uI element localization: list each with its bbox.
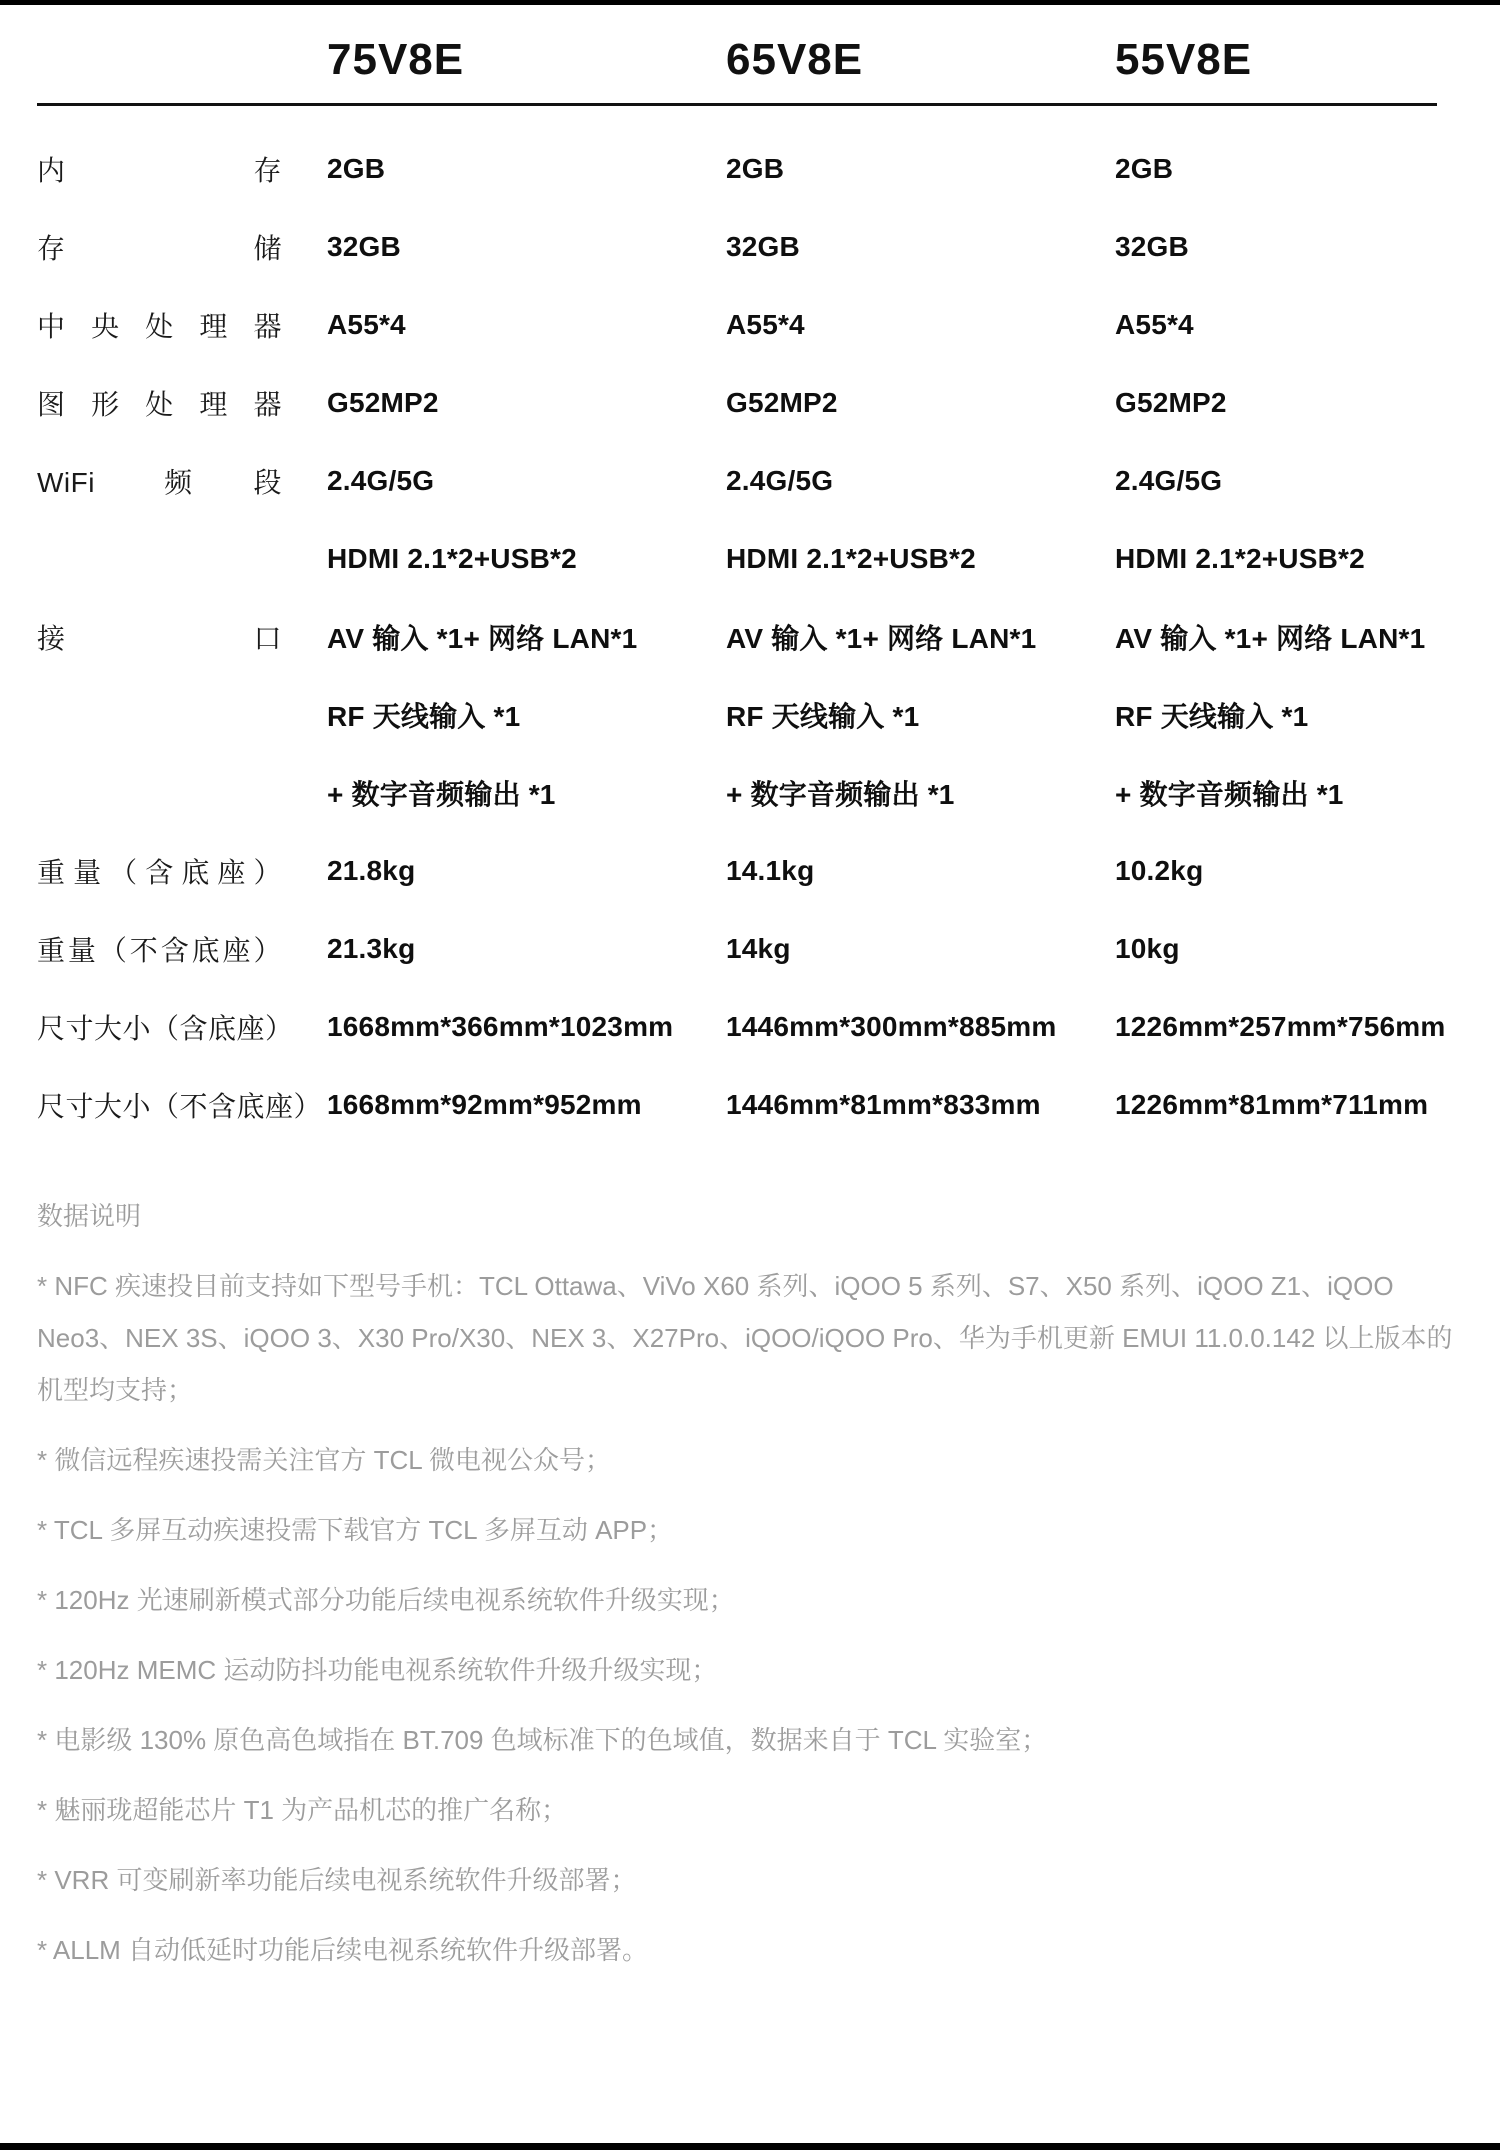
cell-value: 10kg (1115, 933, 1477, 965)
bottom-border-bar (0, 2143, 1500, 2150)
spec-row-size-without-stand: 尺寸大小（不含底座） 1668mm*92mm*952mm 1446mm*81mm… (37, 1066, 1477, 1144)
row-label: 尺寸大小（不含底座） (37, 1085, 282, 1125)
spec-row-memory: 内存 2GB 2GB 2GB (37, 130, 1477, 208)
spec-row-storage: 存储 32GB 32GB 32GB (37, 208, 1477, 286)
spec-table-body: 内存 2GB 2GB 2GB 存储 32GB 32GB 32GB 中央处理器 A… (37, 130, 1477, 1144)
cell-value: 2.4G/5G (327, 465, 726, 497)
cell-value: 32GB (327, 231, 726, 263)
cell-value: 32GB (726, 231, 1115, 263)
cell-value: 32GB (1115, 231, 1477, 263)
cell-value: 1226mm*257mm*756mm (1115, 1011, 1477, 1043)
tv-spec-sheet: 75V8E 65V8E 55V8E 内存 2GB 2GB 2GB 存储 32GB… (0, 0, 1500, 2150)
cell-value: RF 天线输入 *1 (327, 695, 726, 735)
cell-value: 2GB (1115, 153, 1477, 185)
cell-value: HDMI 2.1*2+USB*2 (1115, 543, 1477, 575)
cell-value: 1226mm*81mm*711mm (1115, 1089, 1477, 1121)
spec-row-ports-rf: RF 天线输入 *1 RF 天线输入 *1 RF 天线输入 *1 (37, 676, 1477, 754)
spec-row-ports-hdmi: HDMI 2.1*2+USB*2 HDMI 2.1*2+USB*2 HDMI 2… (37, 520, 1477, 598)
cell-value: 21.8kg (327, 855, 726, 887)
note-item-120hz-refresh: * 120Hz 光速刷新模式部分功能后续电视系统软件升级实现； (37, 1574, 1455, 1626)
cell-value: G52MP2 (327, 387, 726, 419)
cell-value: 2.4G/5G (1115, 465, 1477, 497)
cell-value: A55*4 (327, 309, 726, 341)
cell-value: G52MP2 (1115, 387, 1477, 419)
cell-value: + 数字音频输出 *1 (726, 773, 1115, 813)
row-label: 中央处理器 (37, 305, 282, 345)
column-header-55v8e: 55V8E (1115, 36, 1252, 84)
cell-value: + 数字音频输出 *1 (1115, 773, 1477, 813)
note-item-vrr: * VRR 可变刷新率功能后续电视系统软件升级部署； (37, 1854, 1455, 1906)
spec-row-gpu: 图形处理器 G52MP2 G52MP2 G52MP2 (37, 364, 1477, 442)
note-item-nfc: * NFC 疾速投目前支持如下型号手机：TCL Ottawa、ViVo X60 … (37, 1260, 1455, 1416)
top-border-bar (0, 0, 1500, 5)
spec-row-wifi: WiFi 频段 2.4G/5G 2.4G/5G 2.4G/5G (37, 442, 1477, 520)
notes-title: 数据说明 (37, 1190, 1455, 1242)
row-label: 接口 (37, 617, 282, 657)
cell-value: A55*4 (726, 309, 1115, 341)
cell-value: 2GB (726, 153, 1115, 185)
row-label: 图形处理器 (37, 383, 282, 423)
cell-value: 2.4G/5G (726, 465, 1115, 497)
cell-value: RF 天线输入 *1 (1115, 695, 1477, 735)
note-item-color-gamut: * 电影级 130% 原色高色域指在 BT.709 色域标准下的色域值，数据来自… (37, 1714, 1455, 1766)
cell-value: AV 输入 *1+ 网络 LAN*1 (327, 617, 726, 657)
spec-table-header: 75V8E 65V8E 55V8E (37, 36, 1252, 84)
cell-value: A55*4 (1115, 309, 1477, 341)
spec-row-size-with-stand: 尺寸大小（含底座） 1668mm*366mm*1023mm 1446mm*300… (37, 988, 1477, 1066)
row-label: 重量（含底座） (37, 851, 282, 891)
note-item-wechat-cast: * 微信远程疾速投需关注官方 TCL 微电视公众号； (37, 1434, 1455, 1486)
cell-value: RF 天线输入 *1 (726, 695, 1115, 735)
cell-value: 10.2kg (1115, 855, 1477, 887)
cell-value: G52MP2 (726, 387, 1115, 419)
column-header-65v8e: 65V8E (726, 36, 1115, 84)
row-label: WiFi 频段 (37, 461, 282, 501)
spec-row-ports-av: 接口 AV 输入 *1+ 网络 LAN*1 AV 输入 *1+ 网络 LAN*1… (37, 598, 1477, 676)
cell-value: 1668mm*92mm*952mm (327, 1089, 726, 1121)
header-divider (37, 103, 1437, 106)
cell-value: 21.3kg (327, 933, 726, 965)
cell-value: 1668mm*366mm*1023mm (327, 1011, 726, 1043)
header-label-spacer (37, 36, 327, 84)
row-label: 尺寸大小（含底座） (37, 1007, 282, 1047)
spec-row-cpu: 中央处理器 A55*4 A55*4 A55*4 (37, 286, 1477, 364)
cell-value: AV 输入 *1+ 网络 LAN*1 (726, 617, 1115, 657)
note-item-120hz-memc: * 120Hz MEMC 运动防抖功能电视系统软件升级升级实现； (37, 1644, 1455, 1696)
notes-section: 数据说明 * NFC 疾速投目前支持如下型号手机：TCL Ottawa、ViVo… (37, 1190, 1455, 1994)
spec-row-weight-with-stand: 重量（含底座） 21.8kg 14.1kg 10.2kg (37, 832, 1477, 910)
spec-row-ports-audio: + 数字音频输出 *1 + 数字音频输出 *1 + 数字音频输出 *1 (37, 754, 1477, 832)
cell-value: AV 输入 *1+ 网络 LAN*1 (1115, 617, 1477, 657)
note-item-allm: * ALLM 自动低延时功能后续电视系统软件升级部署。 (37, 1924, 1455, 1976)
row-label: 内存 (37, 149, 282, 189)
note-item-multiscreen-app: * TCL 多屏互动疾速投需下载官方 TCL 多屏互动 APP； (37, 1504, 1455, 1556)
cell-value: 2GB (327, 153, 726, 185)
cell-value: 14kg (726, 933, 1115, 965)
cell-value: 1446mm*81mm*833mm (726, 1089, 1115, 1121)
cell-value: 1446mm*300mm*885mm (726, 1011, 1115, 1043)
row-label: 重量（不含底座） (37, 929, 282, 969)
spec-row-weight-without-stand: 重量（不含底座） 21.3kg 14kg 10kg (37, 910, 1477, 988)
cell-value: + 数字音频输出 *1 (327, 773, 726, 813)
cell-value: HDMI 2.1*2+USB*2 (726, 543, 1115, 575)
cell-value: HDMI 2.1*2+USB*2 (327, 543, 726, 575)
cell-value: 14.1kg (726, 855, 1115, 887)
note-item-chip-name: * 魅丽珑超能芯片 T1 为产品机芯的推广名称； (37, 1784, 1455, 1836)
column-header-75v8e: 75V8E (327, 36, 726, 84)
row-label: 存储 (37, 227, 282, 267)
